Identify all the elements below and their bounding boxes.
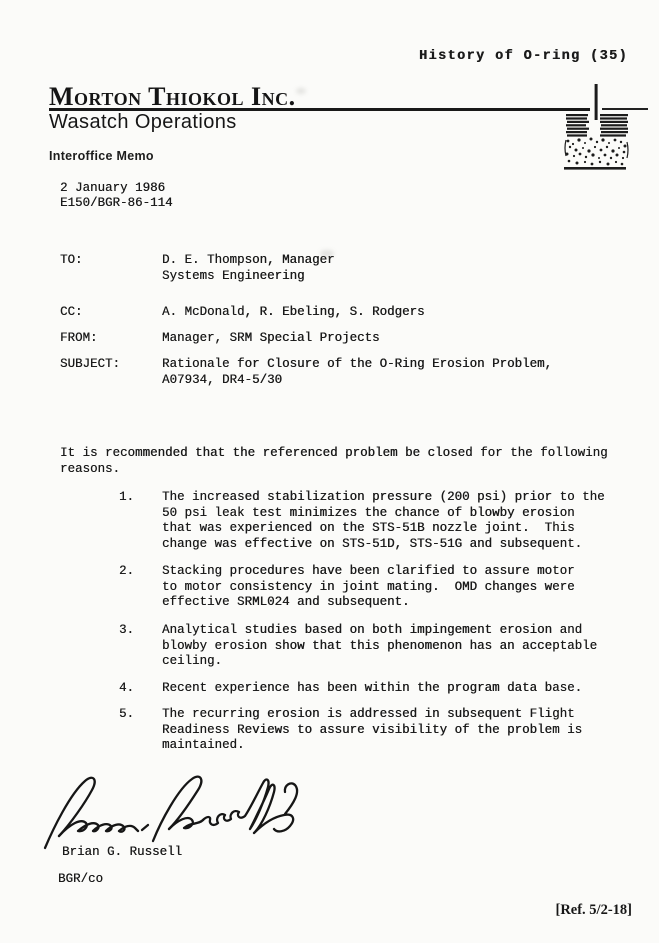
division-name: Wasatch Operations <box>49 111 237 134</box>
field-label: CC: <box>60 305 83 321</box>
memo-page: History of O-ring (35) Morton Thiokol In… <box>0 0 659 943</box>
field-value: Manager, SRM Special Projects <box>162 331 380 347</box>
item-text: Analytical studies based on both impinge… <box>162 623 612 670</box>
field-label: FROM: <box>60 331 98 347</box>
item-number: 4. <box>119 681 134 697</box>
stamp-graphic <box>558 84 650 176</box>
ref-note: [Ref. 5/2-18] <box>555 902 632 919</box>
field-value: Rationale for Closure of the O-Ring Eros… <box>162 357 552 388</box>
memo-number: E150/BGR-86-114 <box>60 196 173 212</box>
item-number: 1. <box>119 490 134 506</box>
item-text: Recent experience has been within the pr… <box>162 681 612 697</box>
signature-graphic <box>40 774 316 854</box>
stamp-bottom-line <box>564 167 626 170</box>
stamp-vertical-bar <box>595 84 598 120</box>
doc-type-label: Interoffice Memo <box>49 149 154 163</box>
field-value: D. E. Thompson, Manager Systems Engineer… <box>162 253 335 284</box>
intro-paragraph: It is recommended that the referenced pr… <box>60 446 608 477</box>
item-number: 5. <box>119 707 134 723</box>
item-text: The recurring erosion is addressed in su… <box>162 707 612 754</box>
field-value: A. McDonald, R. Ebeling, S. Rodgers <box>162 305 425 321</box>
typist-initials: BGR/co <box>58 872 103 888</box>
scan-smudge <box>320 250 334 257</box>
header-note: History of O-ring (35) <box>419 49 628 65</box>
signature-name: Brian G. Russell <box>62 845 182 861</box>
item-text: The increased stabilization pressure (20… <box>162 490 612 552</box>
field-label: TO: <box>60 253 83 269</box>
stamp-speckles <box>565 138 628 166</box>
item-number: 3. <box>119 623 134 639</box>
item-text: Stacking procedures have been clarified … <box>162 564 612 611</box>
scan-smudge <box>296 88 306 94</box>
memo-date: 2 January 1986 <box>60 181 165 197</box>
field-label: SUBJECT: <box>60 357 120 373</box>
item-number: 2. <box>119 564 134 580</box>
